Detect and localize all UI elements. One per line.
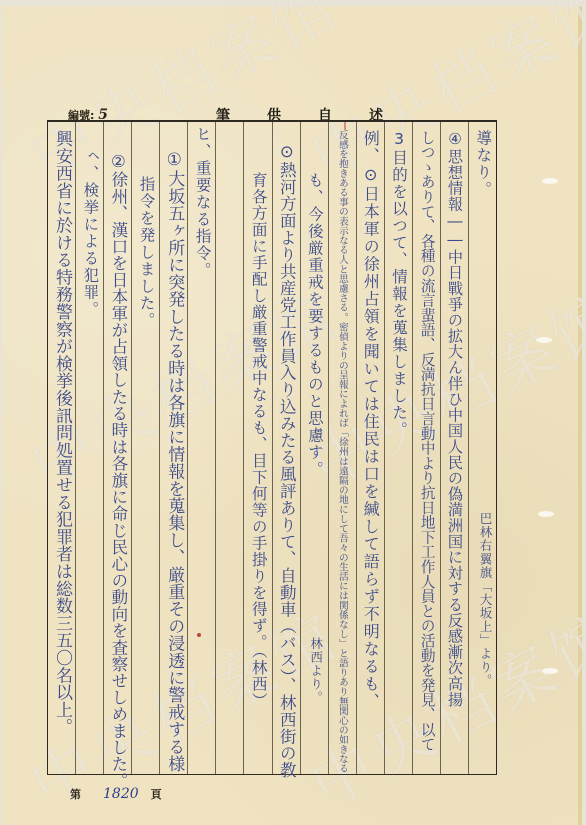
column-text: 育各方面に手配し厳重警戒中なるも、目下何等の手掛りを得ず。（林西）: [250, 172, 266, 709]
manuscript-column: 興安西省に於ける特務警察が検挙後訊問処置せる犯罪者は総数三五〇名以上。: [48, 122, 75, 774]
column-text: 導なり。: [475, 130, 491, 198]
punch-hole: [536, 337, 552, 343]
column-text: ㇸ、検挙による犯罪。: [82, 148, 98, 318]
punch-hole: [538, 511, 554, 517]
column-text: 指令を発しました。: [138, 176, 154, 329]
manuscript-column: 反感を抱きある事の表示なる人と思慮さる。密偵よりの呈報によれば「徐州は遠隔の地に…: [328, 122, 356, 774]
column-text: ヒ、重要なる指令。: [194, 126, 210, 279]
manuscript-column: 例、⊙日本軍の徐州占領を聞いては住民は口を緘して語らず不明なるも、: [356, 122, 384, 774]
manuscript-column: ㇸ、検挙による犯罪。: [75, 122, 103, 774]
column-text: ②徐州、漢口を日本軍が占領したる時は各旗に命じ民心の動向を査察せしめました。: [109, 152, 126, 789]
source-annotation: 林西より。: [307, 637, 325, 705]
column-text: ⊙熱河方面より共産党工作員入り込みたる風評ありて、自動車（バス）、林西街の教: [278, 142, 295, 778]
red-ink-mark: [197, 633, 201, 637]
source-annotation: 巴林右翼旗「大坂上」より。: [476, 512, 494, 688]
page-suffix: 頁: [151, 786, 162, 802]
manuscript-column: 指令を発しました。: [131, 122, 159, 774]
punch-hole: [542, 178, 558, 184]
column-text: 3目的を以つて、情報を蒐集しました。: [391, 130, 407, 439]
manuscript-column: ⊙熱河方面より共産党工作員入り込みたる風評ありて、自動車（バス）、林西街の教: [272, 122, 300, 774]
manuscript-column: しつゝありて、各種の流言蜚語、反満抗日言動中より抗日地下工作人員との活動を発見、…: [412, 122, 440, 774]
column-text: ④思想情報――中日戰爭の拡大ん伴ひ中国人民の偽満洲国に対する反感漸次高揚: [447, 130, 462, 707]
page-prefix: 第: [70, 786, 81, 802]
page-number: 1820: [103, 786, 139, 802]
manuscript-column: ②徐州、漢口を日本軍が占領したる時は各旗に命じ民心の動向を査察せしめました。: [103, 122, 131, 774]
page-footer: 第 1820 頁: [70, 786, 162, 802]
manuscript-column: ヒ、重要なる指令。: [187, 122, 215, 774]
document-sheet: 中央档案馆 中央档案馆 中央档案馆 中央档案馆 中央档案馆 中央档案馆 編號: …: [2, 6, 582, 825]
column-text: 興安西省に於ける特務警察が検挙後訊問処置せる犯罪者は総数三五〇名以上。: [53, 130, 70, 736]
manuscript-grid: 導なり。 巴林右翼旗「大坂上」より。 ④思想情報――中日戰爭の拡大ん伴ひ中国人民…: [47, 120, 497, 775]
column-text: 例、⊙日本軍の徐州占領を聞いては住民は口を緘して語らず不明なるも、: [362, 130, 378, 711]
manuscript-column: ①大坂五ヶ所に突発したる時は各旗に情報を蒐集し、厳重その浸透に警戒する様: [159, 122, 187, 774]
manuscript-column: 導なり。 巴林右翼旗「大坂上」より。: [468, 122, 496, 774]
paper-edge: [578, 6, 582, 825]
column-text: しつゝありて、各種の流言蜚語、反満抗日言動中より抗日地下工作人員との活動を発見、…: [419, 130, 434, 752]
punch-hole: [542, 668, 558, 674]
column-text: ①大坂五ヶ所に突発したる時は各旗に情報を蒐集し、厳重その浸透に警戒する様: [165, 150, 182, 772]
manuscript-column: [215, 122, 243, 774]
column-text: も、今後厳重戒を要するものと思慮す。: [306, 172, 322, 478]
manuscript-column: も、今後厳重戒を要するものと思慮す。 林西より。: [300, 122, 328, 774]
column-text: 反感を抱きある事の表示なる人と思慮さる。密偵よりの呈報によれば「徐州は遠隔の地に…: [337, 130, 347, 773]
manuscript-column: ④思想情報――中日戰爭の拡大ん伴ひ中国人民の偽満洲国に対する反感漸次高揚: [440, 122, 468, 774]
manuscript-column: 育各方面に手配し厳重警戒中なるも、目下何等の手掛りを得ず。（林西）: [243, 122, 271, 774]
manuscript-column: 3目的を以つて、情報を蒐集しました。: [384, 122, 412, 774]
